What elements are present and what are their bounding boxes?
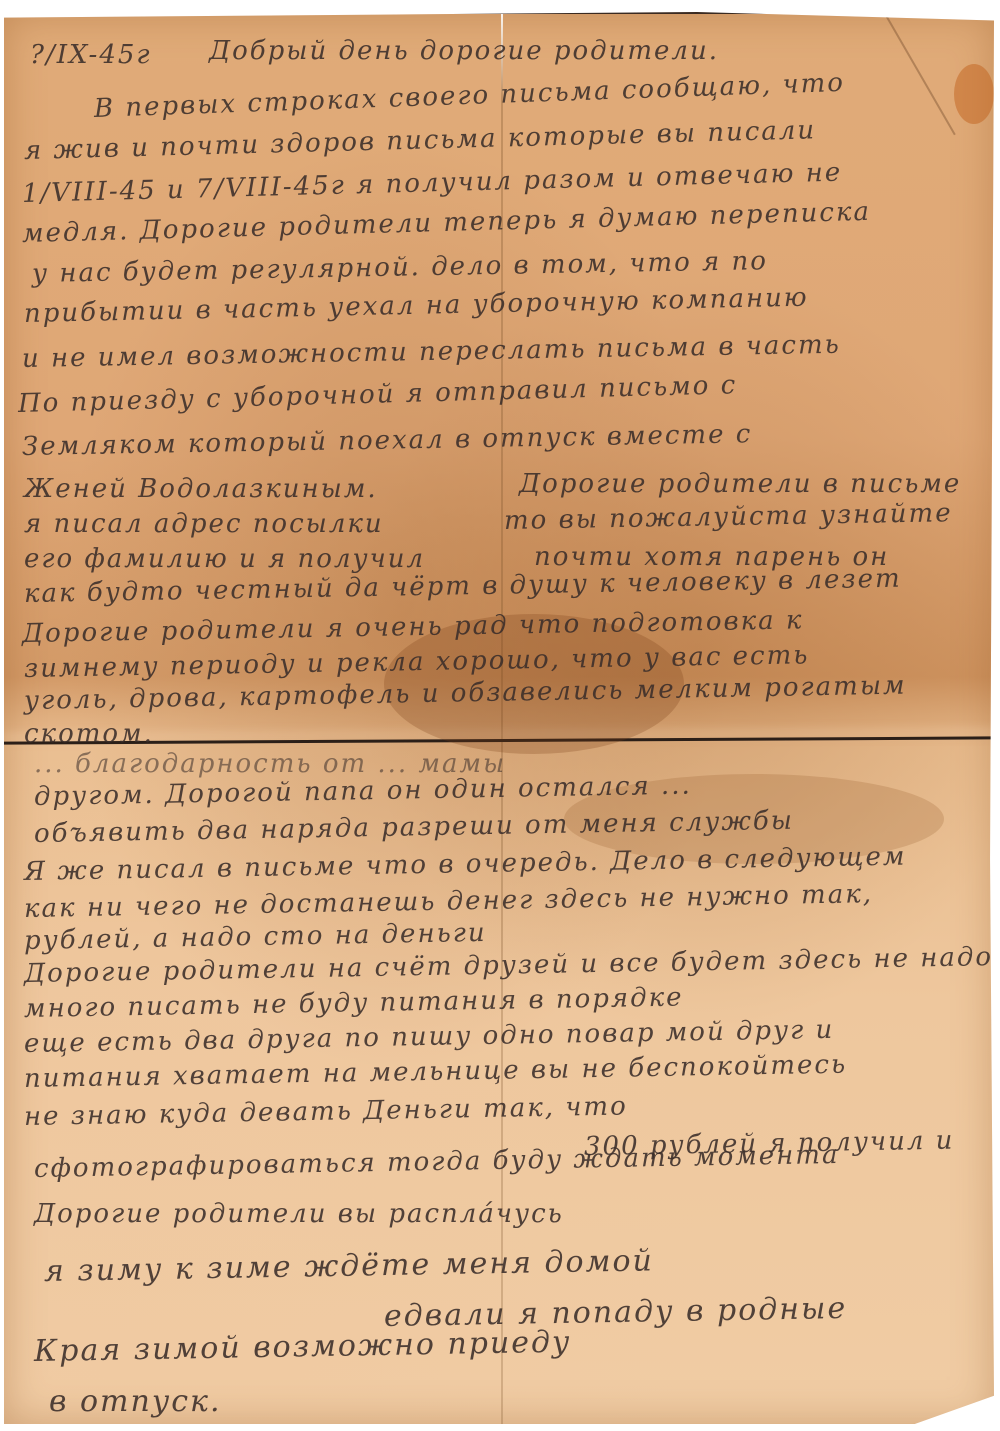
letter-line: его фамилию и я получил	[24, 544, 425, 574]
letter-line: и не имел возможности переслать письма в…	[22, 330, 841, 374]
letter-line: По приезду с уборочной я отправил письмо…	[18, 370, 738, 419]
letter-line: Женей Водолазкиным.	[24, 474, 378, 504]
letter-line: как ни чего не достанешь денег здесь не …	[24, 879, 874, 924]
letter-line: прибытии в часть уехал на уборочную комп…	[24, 283, 809, 329]
letter-line: у нас будет регулярной. дело в том, что …	[32, 246, 768, 289]
letter-line: не знаю куда девать Деньги так, что	[24, 1091, 628, 1132]
letter-line: я писал адрес посылки	[24, 509, 384, 539]
letter-line: в отпуск.	[49, 1384, 221, 1419]
letter-line: Дорогие родители в письме	[519, 469, 961, 499]
letter-line: много писать не буду питания в порядке	[24, 982, 684, 1024]
letter-line: я зиму к зиме ждёте меня домой	[44, 1243, 654, 1289]
paper-stain	[954, 64, 994, 124]
letter-line: В первых строках своего письма сообщаю, …	[93, 68, 845, 124]
letter-salutation: Добрый день дорогие родители.	[209, 36, 719, 66]
letter-page: ?/IX-45г Добрый день дорогие родители. В…	[4, 12, 994, 1424]
letter-line: скотом.	[24, 719, 154, 749]
letter-line: Дорогие родители вы распла́чусь	[34, 1199, 564, 1229]
corner-fold-line	[884, 13, 956, 135]
letter-line: Края зимой возможно приеду	[34, 1325, 572, 1369]
letter-line: Земляком который поехал в отпуск вместе …	[22, 419, 753, 462]
letter-line: я жив и почти здоров письма которые вы п…	[24, 115, 817, 166]
letter-date: ?/IX-45г	[30, 40, 152, 70]
letter-line: рублей, а надо сто на деньги	[24, 918, 487, 956]
letter-line: то вы пожалуйста узнайте	[504, 498, 953, 536]
letter-line: сфотографироваться тогда буду ждать моме…	[34, 1140, 840, 1184]
